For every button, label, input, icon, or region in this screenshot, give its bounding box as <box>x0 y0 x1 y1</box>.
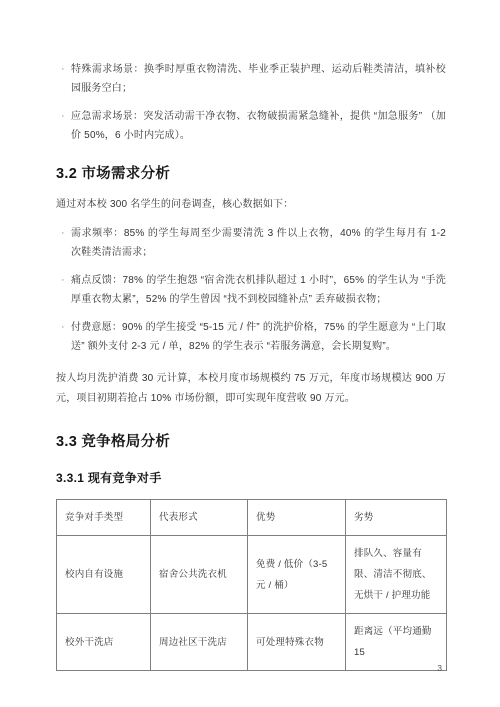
survey-data-list: · 需求频率：85% 的学生每周至少需要清洗 3 件以上衣物，40% 的学生每月… <box>56 224 446 356</box>
list-item: · 痛点反馈：78% 的学生抱怨 “宿舍洗衣机排队超过 1 小时”，65% 的学… <box>56 271 446 309</box>
list-item: · 应急需求场景：突发活动需干净衣物、衣物破损需紧急缝补，提供 “加急服务” （… <box>56 107 446 145</box>
market-size-summary-paragraph: 按人均月洗护消费 30 元计算，本校月度市场规模约 75 万元，年度市场规模达 … <box>56 369 446 409</box>
column-header-disadvantages: 劣势 <box>346 500 447 536</box>
competitors-table: 竞争对手类型 代表形式 优势 劣势 校内自有设施 宿舍公共洗衣机 免费 / 低价… <box>56 499 447 671</box>
bullet-icon: · <box>56 107 71 126</box>
cell-representative-form: 周边社区干洗店 <box>151 614 248 671</box>
section-heading-competition: 3.3 竞争格局分析 <box>56 433 446 451</box>
market-intro-paragraph: 通过对本校 300 名学生的问卷调查，核心数据如下： <box>56 195 446 214</box>
bullet-text-pain-points: 痛点反馈：78% 的学生抱怨 “宿舍洗衣机排队超过 1 小时”，65% 的学生认… <box>71 271 446 309</box>
table-header-row: 竞争对手类型 代表形式 优势 劣势 <box>57 500 447 536</box>
document-page: · 特殊需求场景：换季时厚重衣物清洗、毕业季正装护理、运动后鞋类清洁，填补校园服… <box>0 0 500 707</box>
bullet-icon: · <box>56 224 71 243</box>
table-row: 校内自有设施 宿舍公共洗衣机 免费 / 低价（3-5 元 / 桶） 排队久、容量… <box>57 536 447 614</box>
bullet-text-emergency-scenario: 应急需求场景：突发活动需干净衣物、衣物破损需紧急缝补，提供 “加急服务” （加价… <box>71 107 446 145</box>
bullet-icon: · <box>56 60 71 79</box>
list-item: · 付费意愿：90% 的学生接受 “5-15 元 / 件” 的洗护价格，75% … <box>56 318 446 356</box>
bullet-text-willingness-to-pay: 付费意愿：90% 的学生接受 “5-15 元 / 件” 的洗护价格，75% 的学… <box>71 318 446 356</box>
cell-competitor-type: 校外干洗店 <box>57 614 151 671</box>
cell-representative-form: 宿舍公共洗衣机 <box>151 536 248 614</box>
bullet-icon: · <box>56 271 71 290</box>
bullet-icon: · <box>56 318 71 337</box>
section-heading-market-demand: 3.2 市场需求分析 <box>56 165 446 183</box>
special-scenarios-list: · 特殊需求场景：换季时厚重衣物清洗、毕业季正装护理、运动后鞋类清洁，填补校园服… <box>56 60 446 145</box>
list-item: · 需求频率：85% 的学生每周至少需要清洗 3 件以上衣物，40% 的学生每月… <box>56 224 446 262</box>
bullet-text-demand-frequency: 需求频率：85% 的学生每周至少需要清洗 3 件以上衣物，40% 的学生每月有 … <box>71 224 446 262</box>
column-header-advantages: 优势 <box>248 500 346 536</box>
column-header-representative-form: 代表形式 <box>151 500 248 536</box>
bullet-text-special-scenario: 特殊需求场景：换季时厚重衣物清洗、毕业季正装护理、运动后鞋类清洁，填补校园服务空… <box>71 60 446 98</box>
cell-disadvantages: 距离远（平均通勤 15 <box>346 614 447 671</box>
page-number: 3 <box>437 663 442 673</box>
subsection-heading-existing-competitors: 3.3.1 现有竞争对手 <box>56 471 446 486</box>
column-header-competitor-type: 竞争对手类型 <box>57 500 151 536</box>
table-row: 校外干洗店 周边社区干洗店 可处理特殊衣物 距离远（平均通勤 15 <box>57 614 447 671</box>
cell-competitor-type: 校内自有设施 <box>57 536 151 614</box>
cell-advantages: 免费 / 低价（3-5 元 / 桶） <box>248 536 346 614</box>
cell-disadvantages: 排队久、容量有限、清洁不彻底、无烘干 / 护理功能 <box>346 536 447 614</box>
list-item: · 特殊需求场景：换季时厚重衣物清洗、毕业季正装护理、运动后鞋类清洁，填补校园服… <box>56 60 446 98</box>
cell-advantages: 可处理特殊衣物 <box>248 614 346 671</box>
